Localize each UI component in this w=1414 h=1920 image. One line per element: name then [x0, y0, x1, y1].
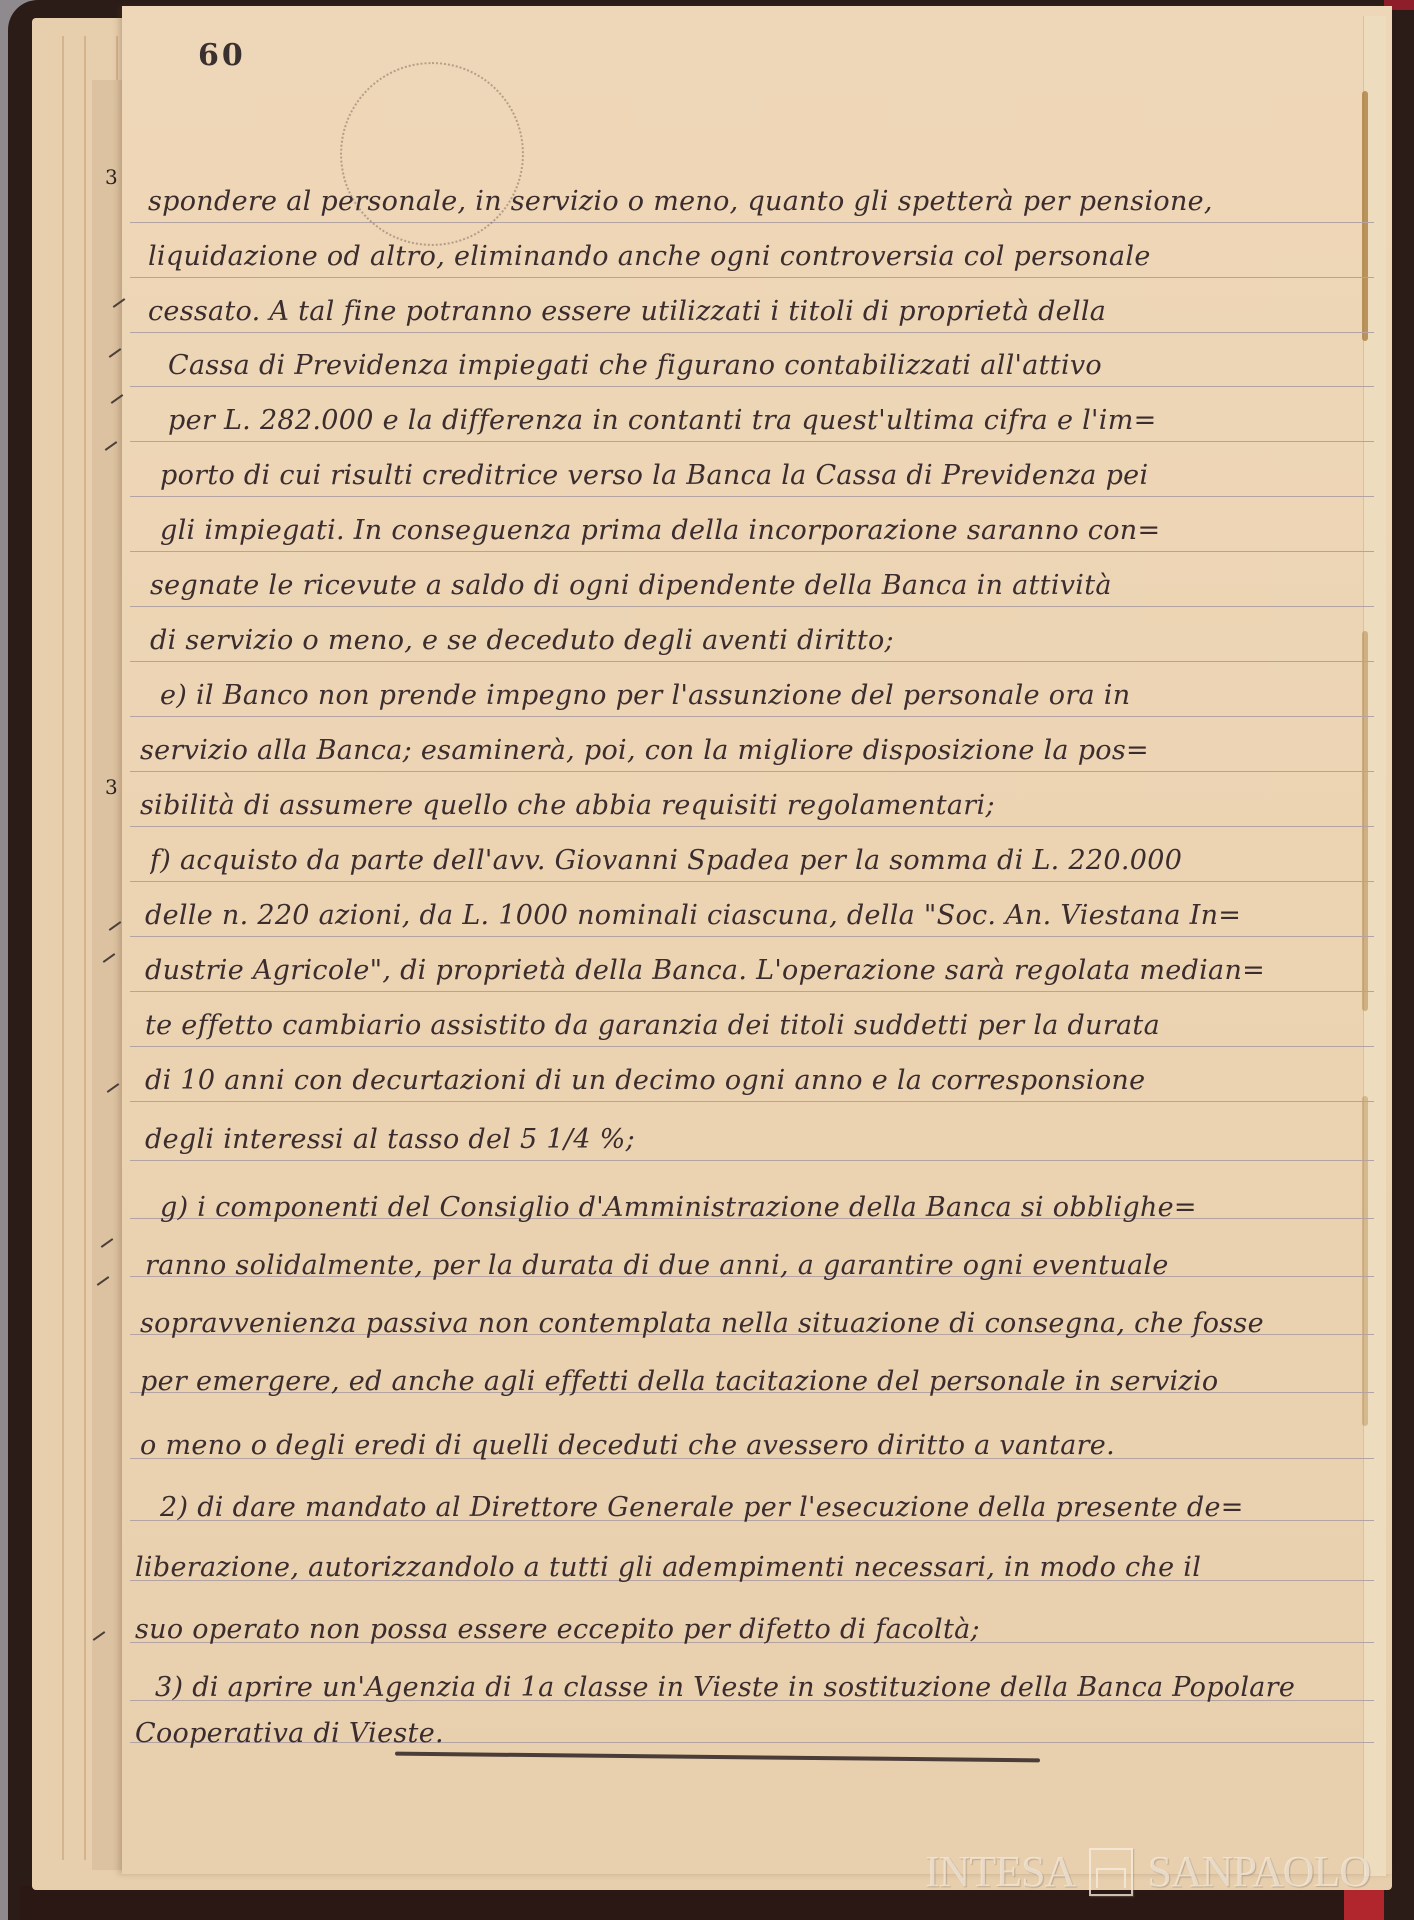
text-line: o meno o degli eredi di quelli deceduti …: [140, 1430, 1370, 1461]
text-line: sibilità di assumere quello che abbia re…: [140, 790, 1370, 821]
ruled-line: [130, 1046, 1374, 1047]
ruled-line: [130, 881, 1374, 882]
ledger-page: [122, 6, 1392, 1874]
margin-mark: 3: [105, 775, 118, 799]
ruled-line: [130, 826, 1374, 827]
ruled-line: [130, 1160, 1374, 1161]
ruled-line: [130, 222, 1374, 223]
ruled-line: [130, 551, 1374, 552]
text-line: f) acquisto da parte dell'avv. Giovanni …: [150, 845, 1380, 876]
ruled-line: [130, 332, 1374, 333]
text-line: g) i componenti del Consiglio d'Amminist…: [160, 1192, 1390, 1223]
watermark-left-text: INTESA: [925, 1846, 1075, 1897]
text-line: segnate le ricevute a saldo di ogni dipe…: [150, 570, 1380, 601]
text-line: e) il Banco non prende impegno per l'ass…: [160, 680, 1390, 711]
text-line: servizio alla Banca; esaminerà, poi, con…: [140, 735, 1370, 766]
text-line: liberazione, autorizzandolo a tutti gli …: [135, 1552, 1365, 1583]
text-line: per L. 282.000 e la differenza in contan…: [168, 405, 1398, 436]
watermark: INTESA SANPAOLO: [925, 1846, 1370, 1897]
ruled-line: [130, 386, 1374, 387]
text-line: ranno solidalmente, per la durata di due…: [145, 1250, 1375, 1281]
ruled-line: [130, 441, 1374, 442]
text-line: Cassa di Previdenza impiegati che figura…: [168, 350, 1398, 381]
text-line: delle n. 220 azioni, da L. 1000 nominali…: [145, 900, 1375, 931]
text-line: degli interessi al tasso del 5 1/4 %;: [145, 1124, 1375, 1155]
page-number: 60: [198, 38, 246, 73]
ruled-line: [130, 606, 1374, 607]
ruled-line: [130, 277, 1374, 278]
text-line: suo operato non possa essere eccepito pe…: [135, 1614, 1365, 1645]
ruled-line: [130, 1101, 1374, 1102]
page-edge: [84, 36, 86, 1860]
text-line: 2) di dare mandato al Direttore Generale…: [160, 1492, 1390, 1523]
page-edge: [62, 36, 64, 1860]
text-line: porto di cui risulti creditrice verso la…: [160, 460, 1390, 491]
ruled-line: [130, 991, 1374, 992]
text-line: cessato. A tal fine potranno essere util…: [148, 296, 1378, 327]
ruled-line: [130, 661, 1374, 662]
margin-mark: 3: [105, 165, 118, 189]
text-line: Cooperativa di Vieste.: [135, 1718, 1365, 1749]
text-line: 3) di aprire un'Agenzia di 1a classe in …: [155, 1672, 1385, 1703]
text-line: gli impiegati. In conseguenza prima dell…: [160, 515, 1390, 546]
watermark-right-text: SANPAOLO: [1147, 1846, 1370, 1897]
ruled-line: [130, 936, 1374, 937]
text-line: di servizio o meno, e se deceduto degli …: [150, 625, 1380, 656]
ruled-line: [130, 496, 1374, 497]
text-line: di 10 anni con decurtazioni di un decimo…: [145, 1065, 1375, 1096]
text-line: per emergere, ed anche agli effetti dell…: [140, 1366, 1370, 1397]
text-line: liquidazione od altro, eliminando anche …: [148, 241, 1378, 272]
text-line: spondere al personale, in servizio o men…: [148, 186, 1378, 217]
bank-logo-icon: [1089, 1848, 1133, 1896]
text-line: te effetto cambiario assistito da garanz…: [145, 1010, 1375, 1041]
ruled-line: [130, 716, 1374, 717]
text-line: dustrie Agricole", di proprietà della Ba…: [145, 955, 1375, 986]
faded-stamp: [340, 62, 524, 246]
text-line: sopravvenienza passiva non contemplata n…: [140, 1308, 1370, 1339]
ruled-line: [130, 771, 1374, 772]
